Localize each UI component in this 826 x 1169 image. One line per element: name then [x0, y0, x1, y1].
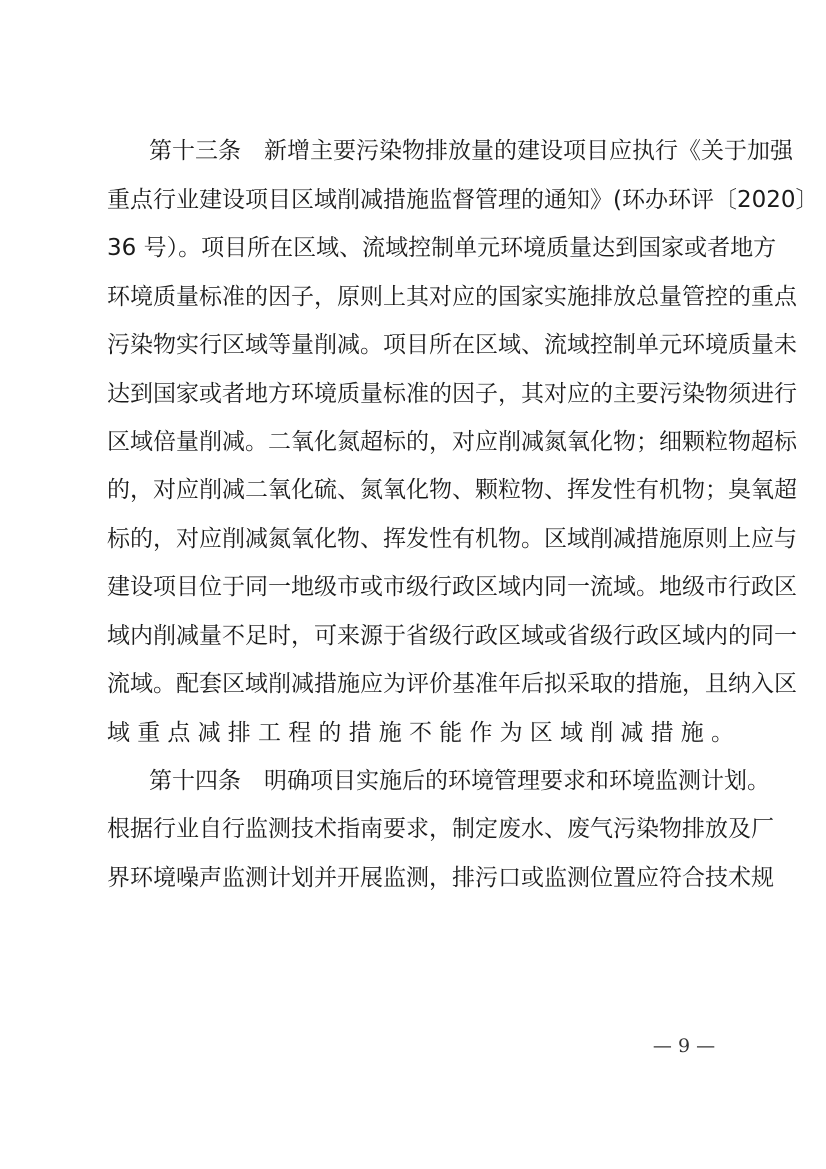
article-14-line-1: 第十四条 明确项目实施后的环境管理要求和环境监测计划。	[149, 766, 722, 796]
article-13-line-6: 达到国家或者地方环境质量标准的因子，其对应的主要污染物须进行	[107, 379, 722, 409]
document-page: 第十三条 新增主要污染物排放量的建设项目应执行《关于加强 重点行业建设项目区域削…	[0, 0, 826, 1169]
article-13-line-11: 域内削减量不足时，可来源于省级行政区域或省级行政区域内的同一	[107, 621, 722, 651]
article-14-line-2: 根据行业自行监测技术指南要求，制定废水、废气污染物排放及厂	[107, 814, 722, 844]
article-13-line-3: 36 号）。项目所在区域、流域控制单元环境质量达到国家或者地方	[107, 233, 722, 263]
article-13-line-10: 建设项目位于同一地级市或市级行政区域内同一流域。地级市行政区	[107, 572, 722, 602]
page-number: — 9 —	[644, 1034, 724, 1058]
article-13-line-2: 重点行业建设项目区域削减措施监督管理的通知》(环办环评〔2020〕	[107, 185, 722, 215]
article-13-line-9: 标的，对应削减氮氧化物、挥发性有机物。区域削减措施原则上应与	[107, 524, 722, 554]
article-13-line-13: 域重点减排工程的措施不能作为区域削减措施。	[107, 718, 722, 748]
article-13-line-8: 的，对应削减二氧化硫、氮氧化物、颗粒物、挥发性有机物；臭氧超	[107, 475, 722, 505]
article-14-line-3: 界环境噪声监测计划并开展监测，排污口或监测位置应符合技术规	[107, 863, 722, 893]
article-13-line-7: 区域倍量削减。二氧化氮超标的，对应削减氮氧化物；细颗粒物超标	[107, 427, 722, 457]
article-13-line-4: 环境质量标准的因子，原则上其对应的国家实施排放总量管控的重点	[107, 282, 722, 312]
article-13-line-5: 污染物实行区域等量削减。项目所在区域、流域控制单元环境质量未	[107, 330, 722, 360]
article-13-line-12: 流域。配套区域削减措施应为评价基准年后拟采取的措施，且纳入区	[107, 669, 722, 699]
article-13-line-1: 第十三条 新增主要污染物排放量的建设项目应执行《关于加强	[149, 136, 722, 166]
